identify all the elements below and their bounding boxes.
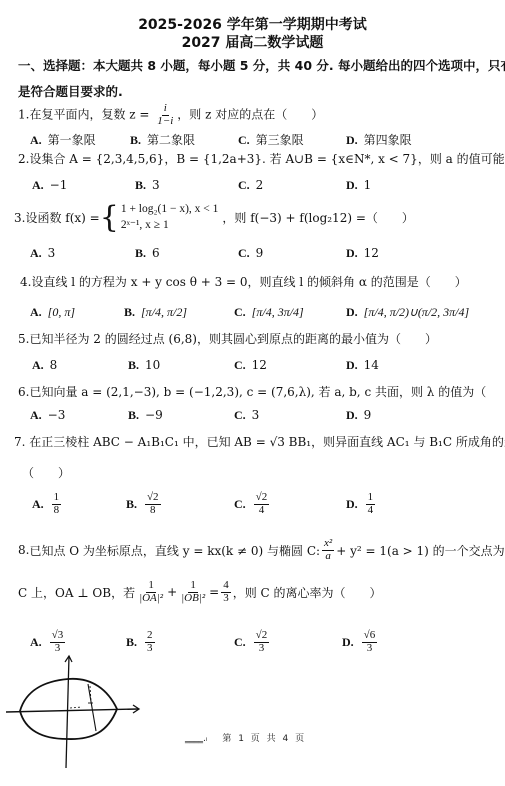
option-label: D. xyxy=(346,246,358,260)
option-label: D. xyxy=(346,408,358,422)
option-label: D. xyxy=(346,497,358,512)
option-label: D. xyxy=(346,305,358,319)
option-label: C. xyxy=(234,358,246,372)
piecewise-case-1: 1 + log₂(1 − x), x < 1 xyxy=(121,202,219,218)
option-label: A. xyxy=(30,246,42,260)
question-text: 设函数 f(x) = xyxy=(25,209,99,226)
question-1: 1.在复平面内，复数 z = i1−i，则 z 对应的点在（ ） xyxy=(18,103,323,127)
option-c[interactable]: C.12 xyxy=(234,358,267,373)
fraction-denominator: a xyxy=(323,551,333,563)
option-label: A. xyxy=(32,178,44,192)
option-b[interactable]: B.6 xyxy=(135,246,160,261)
option-b[interactable]: B.10 xyxy=(128,358,160,373)
piecewise-function: {1 + log₂(1 − x), x < 12ˣ⁻¹, x ≥ 1 xyxy=(100,202,219,233)
fraction-denominator: 8 xyxy=(148,505,158,517)
option-label: A. xyxy=(30,635,42,650)
fraction-numerator: i xyxy=(162,103,169,116)
option-value: [0, π] xyxy=(48,305,75,319)
option-label: A. xyxy=(30,305,42,319)
option-label: D. xyxy=(346,178,358,192)
question-text: 设直线 l 的方程为 x + y cos θ + 3 = 0，则直线 l 的倾斜… xyxy=(31,275,466,289)
option-label: C. xyxy=(234,305,246,319)
option-label: D. xyxy=(346,133,358,147)
option-d[interactable]: D.1 xyxy=(346,178,371,193)
section-instructions-line2: 是符合题目要求的. xyxy=(18,82,123,100)
question-4: 4.设直线 l 的方程为 x + y cos θ + 3 = 0，则直线 l 的… xyxy=(20,273,467,290)
exam-subtitle: 2027 届高二数学试题 xyxy=(0,32,505,52)
option-value: 第一象限 xyxy=(48,133,96,147)
option-label: C. xyxy=(234,408,246,422)
option-label: B. xyxy=(135,246,146,260)
fraction-numerator: 1 xyxy=(52,492,62,505)
answer-bracket: （ ） xyxy=(22,464,70,481)
question-7: 7. 在正三棱柱 ABC − A₁B₁C₁ 中，已知 AB = √3 BB₁，则… xyxy=(14,433,505,450)
page-footer: ‗‗‗‗.ᵢ 第 1 页 共 4 页 xyxy=(185,731,306,744)
option-a[interactable]: A.−3 xyxy=(30,408,65,423)
question-number: 6. xyxy=(18,385,29,399)
option-label: B. xyxy=(128,408,139,422)
option-label: C. xyxy=(238,178,250,192)
ellipse-sketch-diagram xyxy=(0,650,150,786)
option-value: [π/4, π/2] xyxy=(141,305,187,319)
question-5: 5.已知半径为 2 的圆经过点 (6,8)，则其圆心到原点的距离的最小值为（ ） xyxy=(18,330,437,347)
option-c[interactable]: C.第三象限 xyxy=(238,131,304,148)
question-text: ，则 f(−3) + f(log₂12) =（ ） xyxy=(222,209,414,226)
fraction-denominator: 8 xyxy=(52,505,62,517)
option-a[interactable]: A.[0, π] xyxy=(30,305,75,320)
option-a[interactable]: A.第一象限 xyxy=(30,131,96,148)
option-c[interactable]: C.[π/4, 3π/4] xyxy=(234,305,304,320)
option-label: C. xyxy=(238,246,250,260)
option-value: 9 xyxy=(256,246,264,260)
option-value: −1 xyxy=(50,178,68,192)
fraction-denominator: |OA|² xyxy=(137,593,165,605)
option-value: 3 xyxy=(48,246,56,260)
option-value: 14 xyxy=(364,358,379,372)
footer-scribble: ‗‗‗‗.ᵢ xyxy=(185,734,207,744)
option-label: B. xyxy=(126,635,137,650)
exam-title: 2025-2026 学年第一学期期中考试 xyxy=(0,14,505,34)
option-value: 10 xyxy=(145,358,160,372)
option-a[interactable]: A.18 xyxy=(32,492,63,516)
option-d[interactable]: D.14 xyxy=(346,358,379,373)
fraction-denominator: 1−i xyxy=(155,116,175,128)
question-number: 5. xyxy=(18,332,29,346)
option-value: 第四象限 xyxy=(364,133,412,147)
fraction-numerator: x² xyxy=(322,538,334,551)
option-d[interactable]: D.9 xyxy=(346,408,371,423)
option-value: 12 xyxy=(252,358,267,372)
option-value: 3 xyxy=(252,408,260,422)
question-text: + y² = 1(a > 1) 的一个交点为 A，点 B 在 xyxy=(336,542,505,559)
fraction-numerator: √6 xyxy=(362,630,378,643)
option-label: B. xyxy=(124,305,135,319)
fraction: i1−i xyxy=(155,103,175,127)
fraction-numerator: 1 xyxy=(366,492,376,505)
fraction-numerator: 1 xyxy=(188,580,198,593)
option-label: B. xyxy=(128,358,139,372)
question-number: 7. xyxy=(14,435,25,449)
option-label: D. xyxy=(342,635,354,650)
fraction-numerator: √2 xyxy=(254,492,270,505)
option-d[interactable]: D.[π/4, π/2)∪(π/2, 3π/4] xyxy=(346,305,469,320)
question-2: 2.设集合 A = {2,3,4,5,6}，B = {1,2a+3}. 若 A∪… xyxy=(18,150,505,167)
option-value: 1 xyxy=(364,178,372,192)
option-c[interactable]: C.9 xyxy=(238,246,263,261)
option-b[interactable]: B.3 xyxy=(135,178,160,193)
option-c[interactable]: C.√23 xyxy=(234,630,271,654)
question-text: 已知向量 a = (2,1,−3), b = (−1,2,3), c = (7,… xyxy=(29,385,505,399)
fraction-denominator: 3 xyxy=(221,593,231,605)
option-label: A. xyxy=(32,497,44,512)
question-text: C 上，OA ⊥ OB，若 xyxy=(18,584,135,601)
option-label: B. xyxy=(130,133,141,147)
option-label: C. xyxy=(234,635,246,650)
option-label: B. xyxy=(126,497,137,512)
option-a[interactable]: A.−1 xyxy=(32,178,67,193)
option-value: 3 xyxy=(152,178,160,192)
option-value: 12 xyxy=(364,246,379,260)
question-8-line2: C 上，OA ⊥ OB，若 1|OA|² + 1|OB|² = 43 ，则 C … xyxy=(18,580,382,604)
question-text: 已知点 O 为坐标原点，直线 y = kx(k ≠ 0) 与椭圆 C: xyxy=(29,542,320,559)
option-value: 第二象限 xyxy=(147,133,195,147)
option-label: A. xyxy=(32,358,44,372)
question-number: 4. xyxy=(20,275,31,289)
question-text: 已知半径为 2 的圆经过点 (6,8)，则其圆心到原点的距离的最小值为（ ） xyxy=(29,332,437,346)
option-value: 9 xyxy=(364,408,372,422)
option-value: 6 xyxy=(152,246,160,260)
option-c[interactable]: C.2 xyxy=(238,178,263,193)
question-number: 3. xyxy=(14,211,25,225)
question-8: 8.已知点 O 为坐标原点，直线 y = kx(k ≠ 0) 与椭圆 C: x²… xyxy=(18,538,505,562)
option-value: [π/4, 3π/4] xyxy=(252,305,304,319)
option-label: B. xyxy=(135,178,146,192)
option-value: −9 xyxy=(145,408,163,422)
fraction-denominator: 3 xyxy=(257,643,267,655)
option-label: A. xyxy=(30,133,42,147)
section-instructions-line1: 一、选择题：本大题共 8 小题，每小题 5 分，共 40 分. 每小题给出的四个… xyxy=(18,56,505,74)
option-b[interactable]: B.√28 xyxy=(126,492,163,516)
fraction-numerator: √3 xyxy=(50,630,66,643)
fraction-numerator: √2 xyxy=(254,630,270,643)
question-text: ，则 z 对应的点在（ ） xyxy=(177,108,323,122)
fraction-numerator: 2 xyxy=(145,630,155,643)
question-text: 在复平面内，复数 z = xyxy=(29,108,149,122)
question-6: 6.已知向量 a = (2,1,−3), b = (−1,2,3), c = (… xyxy=(18,383,505,400)
option-label: C. xyxy=(238,133,250,147)
option-a[interactable]: A.3 xyxy=(30,246,55,261)
question-text: ，则 C 的离心率为（ ） xyxy=(233,584,382,601)
question-text: 设集合 A = {2,3,4,5,6}，B = {1,2a+3}. 若 A∪B … xyxy=(29,152,505,166)
option-d[interactable]: D.14 xyxy=(346,492,377,516)
option-value: 8 xyxy=(50,358,58,372)
fraction-numerator: 4 xyxy=(221,580,231,593)
option-value: [π/4, π/2)∪(π/2, 3π/4] xyxy=(364,305,470,319)
option-label: C. xyxy=(234,497,246,512)
page-number-label: 第 1 页 共 4 页 xyxy=(222,734,306,744)
option-value: 2 xyxy=(256,178,264,192)
fraction-numerator: √2 xyxy=(145,492,161,505)
question-number: 8. xyxy=(18,543,29,557)
option-label: D. xyxy=(346,358,358,372)
question-number: 2. xyxy=(18,152,29,166)
option-b[interactable]: B.第二象限 xyxy=(130,131,195,148)
option-value: 第三象限 xyxy=(256,133,304,147)
option-value: −3 xyxy=(48,408,66,422)
option-c[interactable]: C.√24 xyxy=(234,492,271,516)
piecewise-case-2: 2ˣ⁻¹, x ≥ 1 xyxy=(121,218,219,234)
option-b[interactable]: B.−9 xyxy=(128,408,163,423)
question-text: 在正三棱柱 ABC − A₁B₁C₁ 中，已知 AB = √3 BB₁，则异面直… xyxy=(29,435,505,449)
fraction-denominator: 4 xyxy=(257,505,267,517)
fraction-numerator: 1 xyxy=(146,580,156,593)
fraction-denominator: 4 xyxy=(366,505,376,517)
option-d[interactable]: D.12 xyxy=(346,246,379,261)
option-b[interactable]: B.[π/4, π/2] xyxy=(124,305,187,320)
option-label: A. xyxy=(30,408,42,422)
question-number: 1. xyxy=(18,108,29,122)
option-c[interactable]: C.3 xyxy=(234,408,259,423)
question-3: 3.设函数 f(x) = {1 + log₂(1 − x), x < 12ˣ⁻¹… xyxy=(14,202,414,233)
option-a[interactable]: A.8 xyxy=(32,358,57,373)
option-d[interactable]: D.第四象限 xyxy=(346,131,412,148)
fraction-denominator: 3 xyxy=(365,643,375,655)
fraction-denominator: |OB|² xyxy=(179,593,207,605)
option-d[interactable]: D.√63 xyxy=(342,630,379,654)
